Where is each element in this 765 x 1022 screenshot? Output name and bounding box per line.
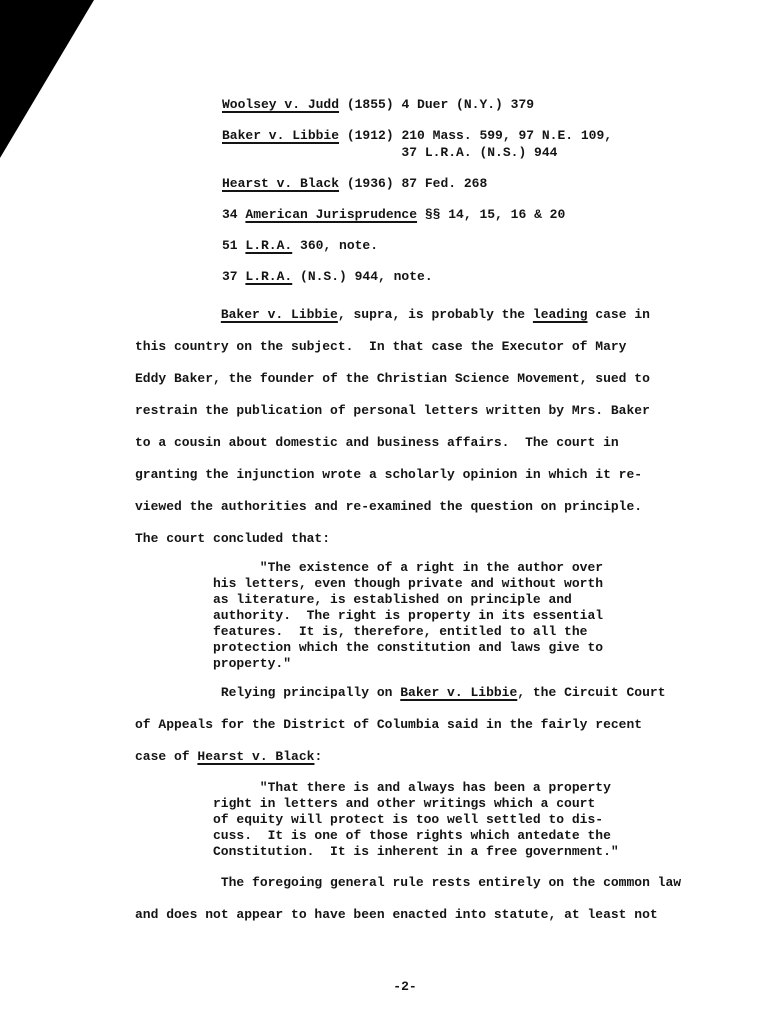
blockquote-hearst-v-black: "That there is and always has been a pro…: [213, 780, 675, 860]
blockquote-baker-v-libbie: "The existence of a right in the author …: [213, 560, 675, 672]
text-line: to a cousin about domestic and business …: [135, 427, 675, 459]
text-line: right in letters and other writings whic…: [213, 796, 675, 812]
text-line: features. It is, therefore, entitled to …: [213, 624, 675, 640]
text-line: property.": [213, 656, 675, 672]
paragraph-common-law-rule: The foregoing general rule rests entirel…: [135, 867, 675, 931]
text-line: Hearst v. Black (1936) 87 Fed. 268: [222, 175, 675, 192]
page-number: -2-: [135, 978, 675, 995]
text-line: protection which the constitution and la…: [213, 640, 675, 656]
text-line: restrain the publication of personal let…: [135, 395, 675, 427]
text-line: The court concluded that:: [135, 523, 675, 555]
text-line: of equity will protect is too well settl…: [213, 812, 675, 828]
text-line: "That there is and always has been a pro…: [213, 780, 675, 796]
text-line: Baker v. Libbie (1912) 210 Mass. 599, 97…: [222, 127, 675, 144]
citation-hearst-v-black: Hearst v. Black (1936) 87 Fed. 268: [222, 175, 675, 192]
text-line: his letters, even though private and wit…: [213, 576, 675, 592]
paragraph-hearst-v-black-intro: Relying principally on Baker v. Libbie, …: [135, 677, 675, 773]
text-line: Relying principally on Baker v. Libbie, …: [135, 677, 675, 709]
citation-lra-944: 37 L.R.A. (N.S.) 944, note.: [222, 268, 675, 285]
citation-baker-v-libbie: Baker v. Libbie (1912) 210 Mass. 599, 97…: [222, 127, 675, 161]
text-line: of Appeals for the District of Columbia …: [135, 709, 675, 741]
text-line: granting the injunction wrote a scholarl…: [135, 459, 675, 491]
citation-woolsey-v-judd: Woolsey v. Judd (1855) 4 Duer (N.Y.) 379: [222, 96, 675, 113]
text-line: 51 L.R.A. 360, note.: [222, 237, 675, 254]
paragraph-baker-v-libbie-discussion: Baker v. Libbie, supra, is probably the …: [135, 299, 675, 555]
text-line: 37 L.R.A. (N.S.) 944: [222, 144, 675, 161]
text-line: Baker v. Libbie, supra, is probably the …: [135, 299, 675, 331]
text-line: 34 American Jurisprudence §§ 14, 15, 16 …: [222, 206, 675, 223]
document-page: Woolsey v. Judd (1855) 4 Duer (N.Y.) 379…: [0, 0, 765, 1022]
text-line: as literature, is established on princip…: [213, 592, 675, 608]
text-line: 37 L.R.A. (N.S.) 944, note.: [222, 268, 675, 285]
text-line: case of Hearst v. Black:: [135, 741, 675, 773]
text-line: Woolsey v. Judd (1855) 4 Duer (N.Y.) 379: [222, 96, 675, 113]
citation-list: Woolsey v. Judd (1855) 4 Duer (N.Y.) 379…: [222, 96, 675, 285]
text-line: Eddy Baker, the founder of the Christian…: [135, 363, 675, 395]
text-line: The foregoing general rule rests entirel…: [135, 867, 675, 899]
text-line: this country on the subject. In that cas…: [135, 331, 675, 363]
text-line: cuss. It is one of those rights which an…: [213, 828, 675, 844]
text-line: authority. The right is property in its …: [213, 608, 675, 624]
citation-american-jurisprudence: 34 American Jurisprudence §§ 14, 15, 16 …: [222, 206, 675, 223]
text-line: viewed the authorities and re-examined t…: [135, 491, 675, 523]
scan-corner-artifact: [0, 0, 94, 158]
citation-lra-360: 51 L.R.A. 360, note.: [222, 237, 675, 254]
text-line: and does not appear to have been enacted…: [135, 899, 675, 931]
text-line: "The existence of a right in the author …: [213, 560, 675, 576]
text-line: Constitution. It is inherent in a free g…: [213, 844, 675, 860]
